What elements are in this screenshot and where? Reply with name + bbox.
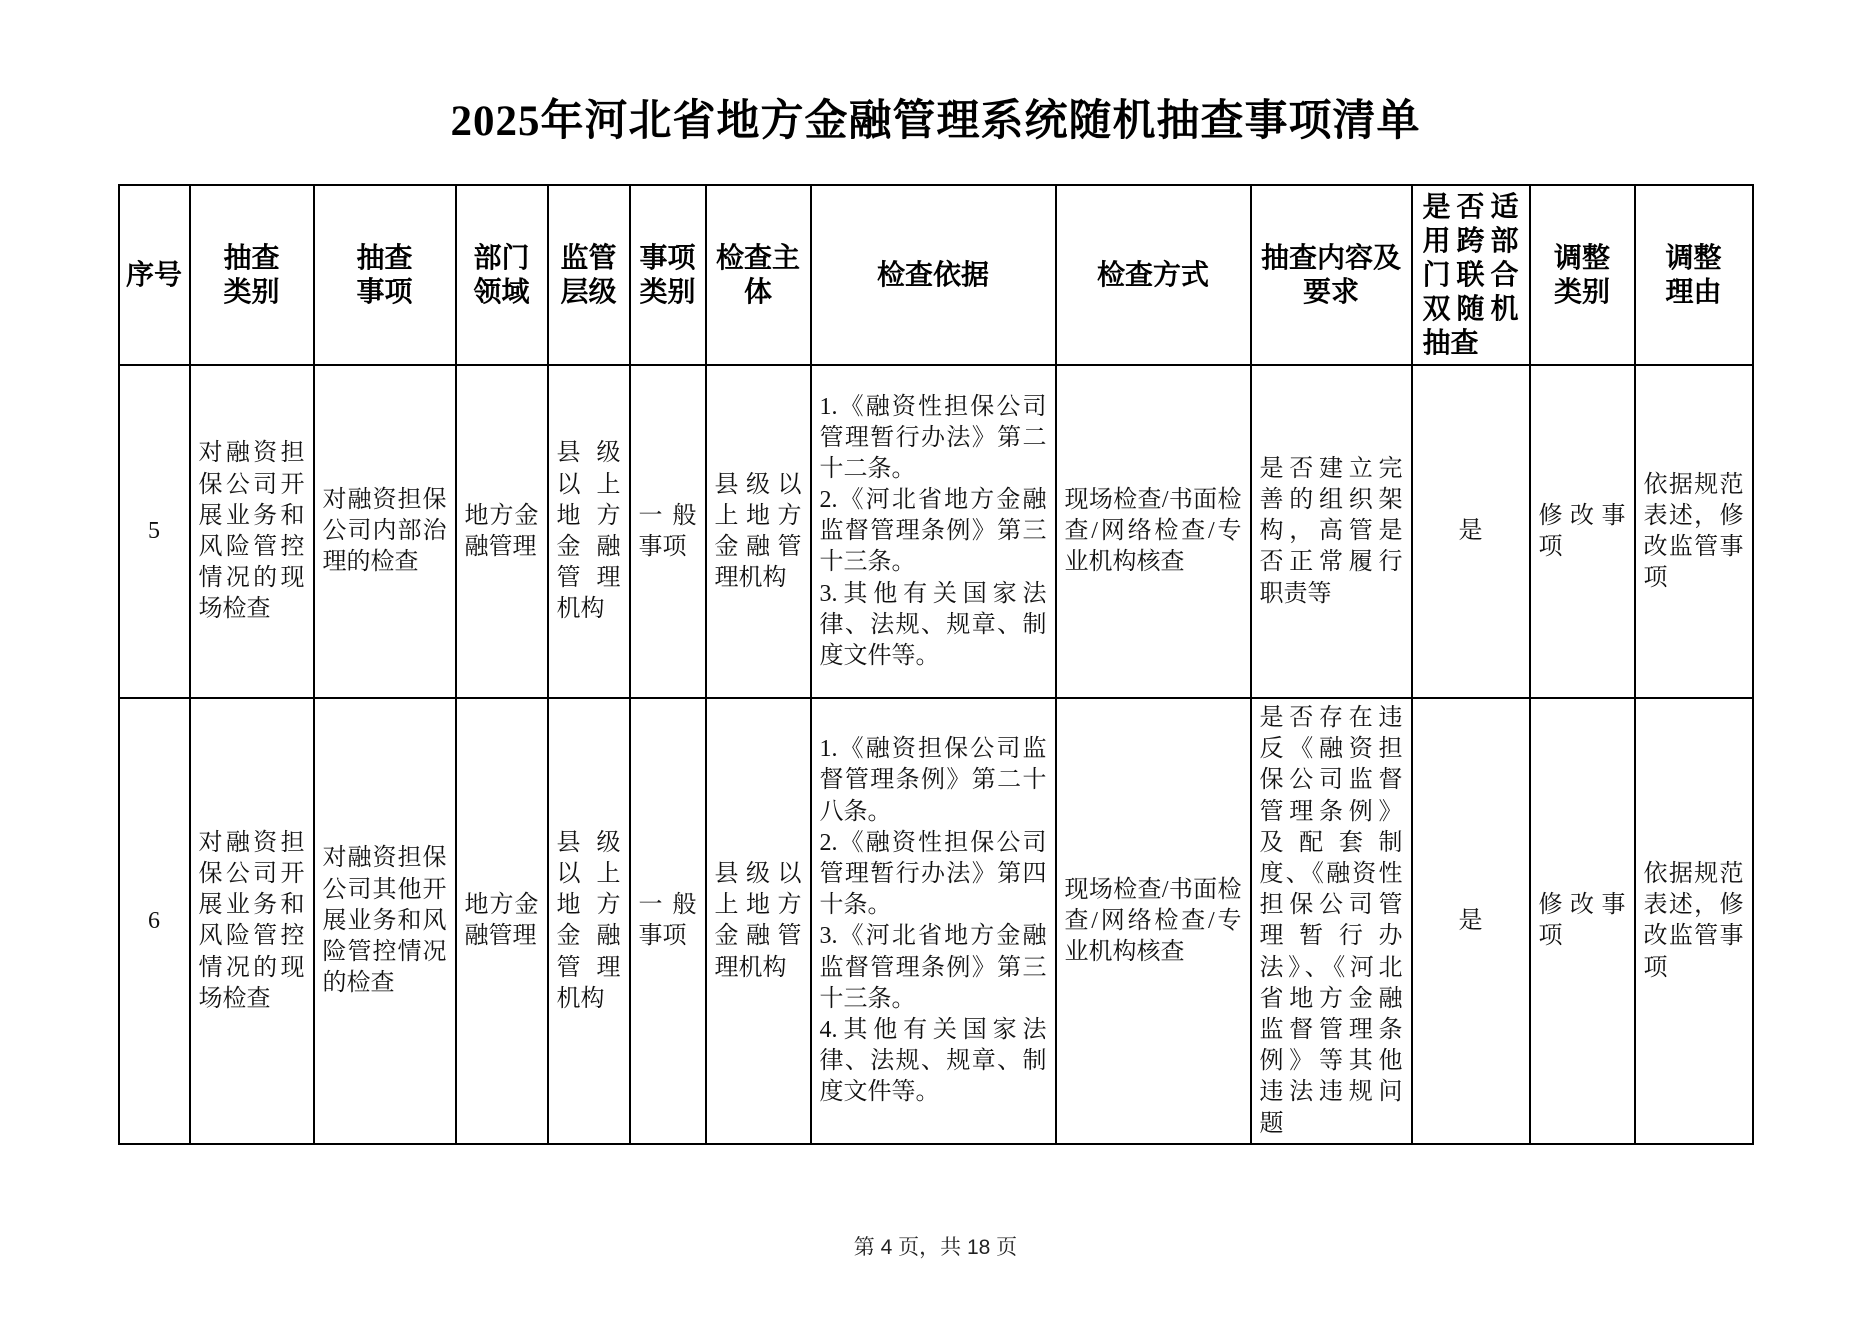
table-row-5: 5 对融资担保公司开展业务和风险管控情况的现场检查 对融资担保公司内部治理的检查… [119,365,1753,698]
cell-seq: 5 [119,365,190,698]
cell-department: 地方金融管理 [456,698,548,1144]
cell-type: 一般事项 [630,365,706,698]
cell-category: 对融资担保公司开展业务和风险管控情况的现场检查 [190,698,314,1144]
cell-seq: 6 [119,698,190,1144]
inspection-items-table: 序号 抽查 类别 抽查 事项 部门 领域 监管 层级 事项 类别 检查主体 检查… [118,184,1754,1146]
header-adjust-reason: 调整 理由 [1635,185,1753,366]
cell-adjust-reason: 依据规范表述，修改监管事项 [1635,698,1753,1144]
cell-item: 对融资担保公司内部治理的检查 [314,365,456,698]
table-row-6: 6 对融资担保公司开展业务和风险管控情况的现场检查 对融资担保公司其他开展业务和… [119,698,1753,1144]
cell-adjust-type: 修改事项 [1530,698,1635,1144]
cell-level: 县级以上地方金融管理机构 [548,365,630,698]
header-subject: 检查主体 [706,185,811,366]
cell-subject: 县级以上地方金融管理机构 [706,698,811,1144]
header-content: 抽查内容及要求 [1251,185,1412,366]
header-joint-random-inspection: 是否适用跨部门联合双随机抽查 [1412,185,1530,366]
cell-level: 县级以上地方金融管理机构 [548,698,630,1144]
cell-department: 地方金融管理 [456,365,548,698]
header-row: 序号 抽查 类别 抽查 事项 部门 领域 监管 层级 事项 类别 检查主体 检查… [119,185,1753,366]
header-type: 事项 类别 [630,185,706,366]
document-page: 2025年河北省地方金融管理系统随机抽查事项清单 序号 抽查 类别 抽查 事项 … [0,0,1871,1323]
header-seq: 序号 [119,185,190,366]
cell-content: 是否建立完善的组织架构，高管是否正常履行职责等 [1251,365,1412,698]
header-department: 部门 领域 [456,185,548,366]
cell-subject: 县级以上地方金融管理机构 [706,365,811,698]
cell-basis: 1.《融资性担保公司管理暂行办法》第二十二条。 2.《河北省地方金融监督管理条例… [811,365,1056,698]
cell-method: 现场检查/书面检查/网络检查/专业机构核查 [1056,365,1251,698]
header-method: 检查方式 [1056,185,1251,366]
header-item: 抽查 事项 [314,185,456,366]
cell-joint: 是 [1412,365,1530,698]
header-basis: 检查依据 [811,185,1056,366]
header-level: 监管 层级 [548,185,630,366]
cell-joint: 是 [1412,698,1530,1144]
cell-type: 一般事项 [630,698,706,1144]
cell-item: 对融资担保公司其他开展业务和风险管控情况的检查 [314,698,456,1144]
cell-basis: 1.《融资担保公司监督管理条例》第二十八条。 2.《融资性担保公司管理暂行办法》… [811,698,1056,1144]
document-title: 2025年河北省地方金融管理系统随机抽查事项清单 [118,96,1753,148]
cell-category: 对融资担保公司开展业务和风险管控情况的现场检查 [190,365,314,698]
header-adjust-type: 调整 类别 [1530,185,1635,366]
cell-content: 是否存在违反《融资担保公司监督管理条例》及配套制度、《融资性担保公司管理暂行办法… [1251,698,1412,1144]
cell-adjust-type: 修改事项 [1530,365,1635,698]
page-footer: 第 4 页，共 18 页 [0,1231,1871,1261]
header-category: 抽查 类别 [190,185,314,366]
cell-method: 现场检查/书面检查/网络检查/专业机构核查 [1056,698,1251,1144]
cell-adjust-reason: 依据规范表述，修改监管事项 [1635,365,1753,698]
